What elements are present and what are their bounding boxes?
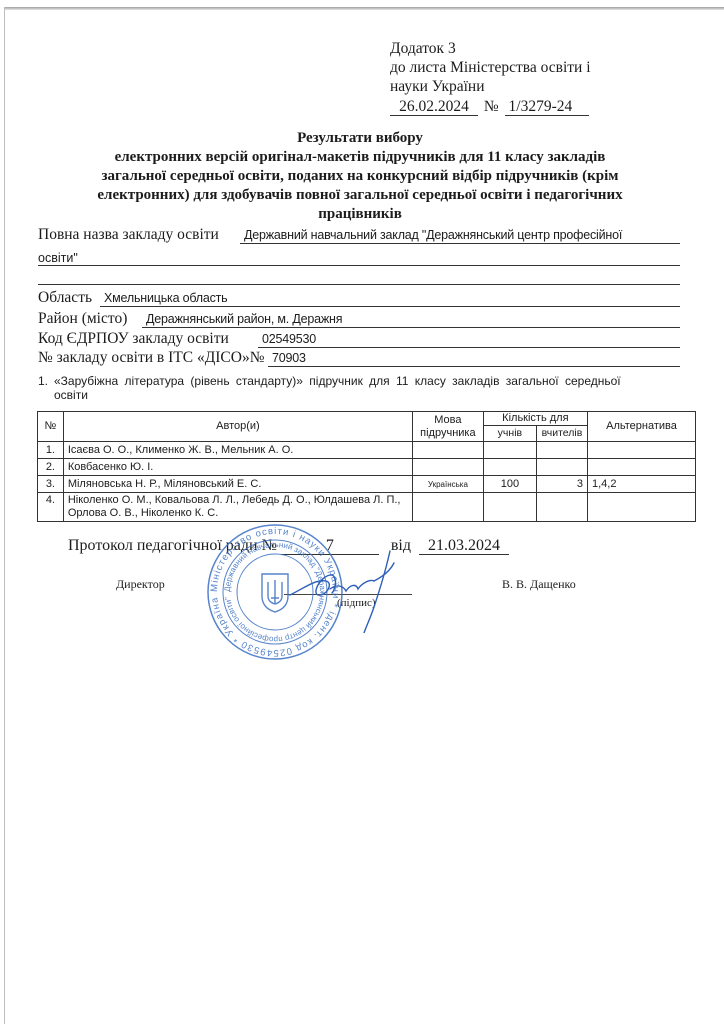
- cell-alternative: [587, 493, 695, 522]
- title-line-2: електронних версій оригінал-макетів підр…: [50, 148, 670, 167]
- table-row: 3. Міляновська Н. Р., Міляновський Е. С.…: [38, 476, 696, 493]
- cell-alternative: 1,4,2: [587, 476, 695, 493]
- section-heading: 1.«Зарубіжна література (рівень стандарт…: [38, 374, 694, 402]
- cell-students: [483, 459, 536, 476]
- cell-authors: Ніколенко О. М., Ковальова Л. Л., Лебедь…: [63, 493, 412, 522]
- full-name-rule-2: [38, 265, 680, 266]
- header-language: Мова підручника: [413, 412, 484, 442]
- cell-language: [413, 493, 484, 522]
- cell-authors: Ісаєва О. О., Клименко Ж. В., Мельник А.…: [63, 442, 412, 459]
- director-name: В. В. Дащенко: [502, 577, 576, 592]
- annex-line-3: науки України: [390, 77, 591, 96]
- section-text-continuation: освіти: [38, 388, 694, 402]
- field-full-name: Повна назва закладу освіти Державний нав…: [38, 226, 680, 244]
- scan-edge-top: [4, 7, 724, 10]
- header-authors: Автор(и): [63, 412, 412, 442]
- region-value: Хмельницька область: [100, 290, 680, 307]
- annex-reference: 26.02.2024 № 1/3279-24: [390, 97, 591, 116]
- header-teachers: вчителів: [537, 426, 588, 442]
- diso-value: 70903: [268, 350, 680, 367]
- field-region: Область Хмельницька область: [38, 289, 680, 307]
- table-row: 1. Ісаєва О. О., Клименко Ж. В., Мельник…: [38, 442, 696, 459]
- cell-teachers: 3: [537, 476, 588, 493]
- director-title: Директор: [116, 577, 165, 592]
- full-name-rule-3: [38, 284, 680, 285]
- title-line-5: працівників: [50, 205, 670, 224]
- protocol-date: 21.03.2024: [419, 538, 509, 555]
- header-num: №: [38, 412, 64, 442]
- cell-language: Українська: [413, 476, 484, 493]
- cell-num: 3.: [38, 476, 64, 493]
- table-row: 2. Ковбасенко Ю. І.: [38, 459, 696, 476]
- title-line-3: загальної середньої освіти, поданих на к…: [50, 167, 670, 186]
- edrpou-label: Код ЄДРПОУ закладу освіти: [38, 330, 229, 348]
- annex-number-sign: №: [484, 98, 499, 115]
- cell-num: 4.: [38, 493, 64, 522]
- annex-header: Додаток 3 до листа Міністерства освіти і…: [390, 39, 591, 116]
- diso-label: № закладу освіти в ІТС «ДІСО»№: [38, 349, 265, 367]
- field-district: Район (місто) Деражнянський район, м. Де…: [38, 310, 680, 328]
- cell-students: [483, 493, 536, 522]
- region-label: Область: [38, 289, 92, 307]
- cell-alternative: [587, 442, 695, 459]
- cell-alternative: [587, 459, 695, 476]
- table-header-row: № Автор(и) Мова підручника Кількість для…: [38, 412, 696, 426]
- cell-language: [413, 442, 484, 459]
- header-alternative: Альтернатива: [587, 412, 695, 442]
- full-name-continuation: освіти": [38, 251, 78, 265]
- annex-line-2: до листа Міністерства освіти і: [390, 58, 591, 77]
- annex-line-1: Додаток 3: [390, 39, 591, 58]
- section-number: 1.: [38, 374, 54, 388]
- document-title: Результати вибору електронних версій ори…: [50, 129, 670, 224]
- field-edrpou: Код ЄДРПОУ закладу освіти 02549530: [38, 330, 680, 348]
- header-students: учнів: [483, 426, 536, 442]
- cell-language: [413, 459, 484, 476]
- cell-num: 1.: [38, 442, 64, 459]
- header-quantity-group: Кількість для: [483, 412, 587, 426]
- title-line-4: електронних) для здобувачів повної загал…: [50, 186, 670, 205]
- section-text: «Зарубіжна література (рівень стандарту)…: [54, 374, 621, 388]
- cell-authors: Міляновська Н. Р., Міляновський Е. С.: [63, 476, 412, 493]
- handwritten-signature-icon: [286, 549, 416, 633]
- scan-edge-left: [4, 7, 5, 1024]
- cell-students: [483, 442, 536, 459]
- cell-num: 2.: [38, 459, 64, 476]
- results-table: № Автор(и) Мова підручника Кількість для…: [37, 411, 696, 522]
- table-row: 4. Ніколенко О. М., Ковальова Л. Л., Леб…: [38, 493, 696, 522]
- cell-teachers: [537, 493, 588, 522]
- cell-students: 100: [483, 476, 536, 493]
- annex-date: 26.02.2024: [390, 99, 478, 116]
- district-label: Район (місто): [38, 310, 127, 328]
- cell-teachers: [537, 459, 588, 476]
- edrpou-value: 02549530: [258, 331, 680, 348]
- cell-authors: Ковбасенко Ю. І.: [63, 459, 412, 476]
- annex-number: 1/3279-24: [505, 99, 589, 116]
- title-line-1: Результати вибору: [50, 129, 670, 148]
- district-value: Деражнянський район, м. Деражня: [142, 311, 680, 328]
- full-name-value: Державний навчальний заклад "Деражнянськ…: [240, 227, 680, 244]
- cell-teachers: [537, 442, 588, 459]
- full-name-label: Повна назва закладу освіти: [38, 226, 219, 244]
- field-diso: № закладу освіти в ІТС «ДІСО»№ 70903: [38, 349, 680, 367]
